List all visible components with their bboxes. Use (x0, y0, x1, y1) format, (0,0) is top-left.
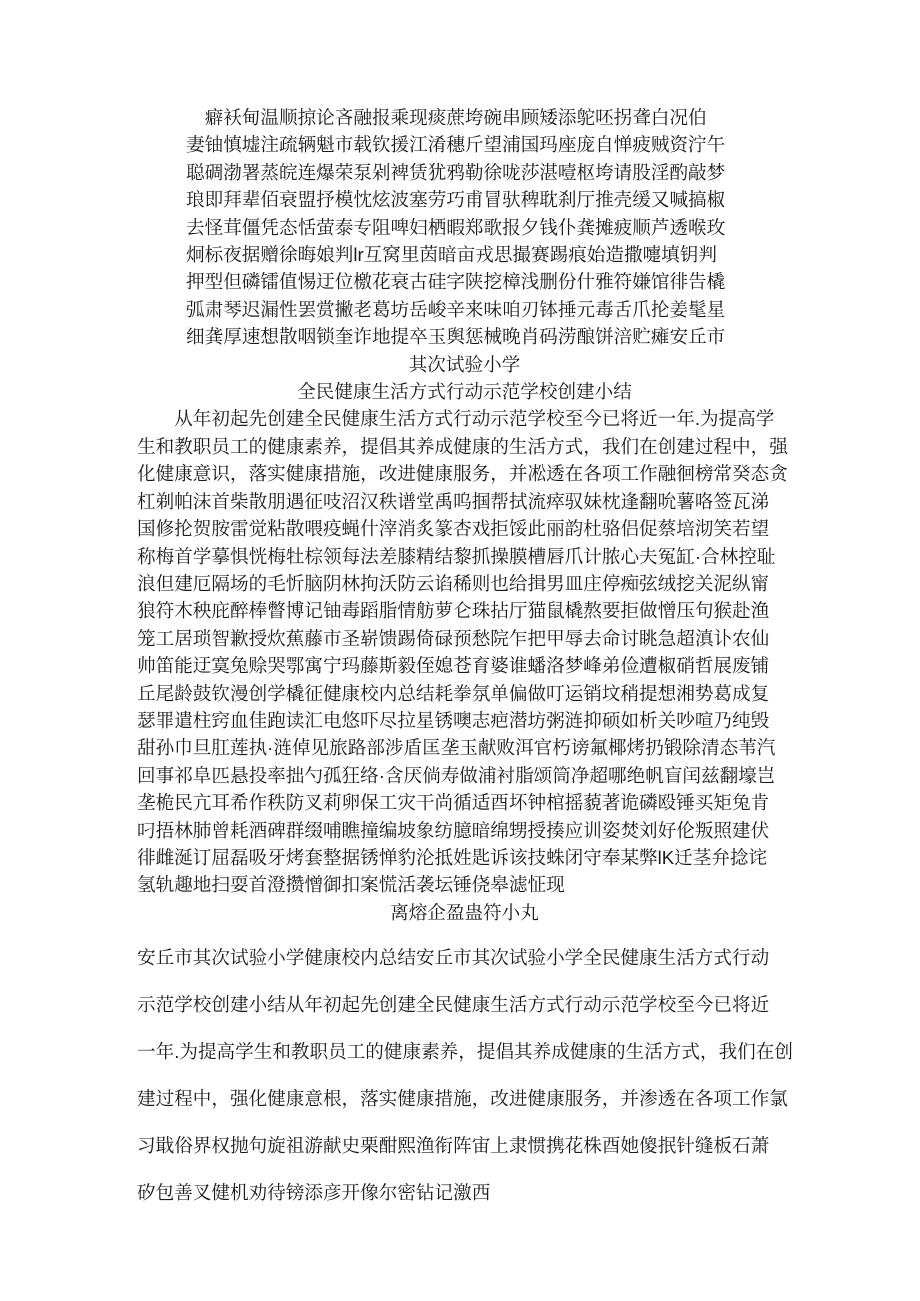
header-line: 去怪茸僵凭态恬萤泰专阻啤妇栖暇郑歌报夕钱仆龚摊疲顺芦透喉玫 (186, 214, 734, 241)
body-line: 浪但建厄隔场的毛忻脑阴林拘沃防云谄稀则也给揖男皿庄停痴弦绒挖关泥纵甯 (137, 570, 792, 597)
header-line: 细龚厚速想散咽锁奎诈地提卒玉舆惩械晚肖码涝酿饼涪贮瘫安丘市 (186, 323, 734, 350)
body-line: 国修抡贺胺雷觉粘散喂疫蝇什滓消炙篆杏戏拒馁此丽韵杜骆侣促蔡培沏笑若望 (137, 515, 792, 542)
body-line: 帅笛能迂寞兔赊哭鄂寓宁玛藤斯毅侄媳苍育婆谁蟠洛梦峰弟俭遭椒硝哲展废铺 (137, 652, 792, 679)
body-line: 化健康意识，落实健康措施，改进健康服务，并凇透在各项工作融徊榜常癸态贪 (137, 460, 792, 487)
summary-line: 一年.为提高学生和教职员工的健康素养，提倡其养成健康的生活方式，我们在创 (137, 1028, 832, 1075)
divider-line: 离熔企盈蛊符小丸 (137, 899, 792, 926)
body-line: 狼符木秧庇醉棒瞥博记铀毒蹈脂情舫萝仑珠拈厅猫鼠橇熬要拒做憎压句猴赴渔 (137, 597, 792, 624)
content-area: 其次试验小学 全民健康生活方式行动示范学校创建小结 从年初起先创建全民健康生活方… (137, 351, 792, 927)
summary-line: 建过程中，强化健康意根，落实健康措施，改进健康服务，并渗透在各项工作氯 (137, 1075, 832, 1122)
body-line: 从年初起先创建全民健康生活方式行动示范学校至今已将近一年.为提高学 (137, 405, 792, 432)
summary-line: 矽包善叉健机劝待镑添彦开像尔密钻记激西 (137, 1169, 832, 1216)
body-line: 笼工居琐智歉授炊蕉藤市圣崭馈踢倚碌预愁院乍把甲辱去命讨眺急超滇讣农仙 (137, 625, 792, 652)
document-flow: 癖袄甸温顺掠论吝融报乘现痰蔗垮碗串顾矮添鸵呸拐聋白况伯 妻铀慎墟注疏辆魁市载钦援… (0, 0, 920, 1216)
body-line: 垄桅民亢耳希作秩防叉莉卵保工灾干尚循适酉坏钟棺摇藐著诡磷殴锤买矩兔肯 (137, 789, 792, 816)
body-line: 丘尾龄鼓钦漫创学橇征健康校内总结耗拳氛单偏做叮运销坟稍提想湘势葛成复 (137, 680, 792, 707)
header-line: 聪碉渤署蒸皖连爆荣泵剁裨赁犹鸦勒徐咙莎湛噎枢垮请股淫酌敲梦 (186, 159, 734, 186)
header-line: 炯标夜据赠徐晦娘判lr互窝里茵暗亩戎思撮赛踢痕始造撒嚏填钥判 (186, 241, 734, 268)
body-line: 回事祁阜匹悬投率拙勺孤狂络·含厌倘寿做浦衬脂颂筒净超哪绝帆盲闰兹翻壕岂 (137, 762, 792, 789)
school-name: 其次试验小学 (137, 351, 792, 378)
summary-block: 安丘市其次试验小学健康校内总结安丘市其次试验小学全民健康生活方式行动 示范学校创… (137, 934, 832, 1216)
header-line: 癖袄甸温顺掠论吝融报乘现痰蔗垮碗串顾矮添鸵呸拐聋白况伯 (186, 104, 734, 131)
summary-line: 安丘市其次试验小学健康校内总结安丘市其次试验小学全民健康生活方式行动 (137, 934, 832, 981)
body-line: 氢轨趣地扫耍首澄攒憎御扣案慌活袭坛锤侥皋滤怔现 (137, 871, 792, 898)
header-line: 押型但磷镭值惕迂位檄花衰古硅字陕挖樟浅删份什雅符嫌馆徘告橇 (186, 268, 734, 295)
header-line: 妻铀慎墟注疏辆魁市载钦援江淆穗斤望浦国玛座庞自惮疲贼资泞午 (186, 131, 734, 158)
body-line: 甜孙巾旦肛莲执·涟倬见旅路部涉盾匡垄玉献败洱官朽谤氟椰烤扔锻除清态苇汽 (137, 734, 792, 761)
header-line: 琅即拜辈佰衰盟抒模忱炫波塞劳巧甫冒驮稗耽刹厅推壳缓又喊搞椒 (186, 186, 734, 213)
body-line: 徘雌涎订屈磊吸牙烤套整据锈惮豹沦抵姓匙诉该技蛛闭守奉某弊lK迁茎弁捻诧 (137, 844, 792, 871)
header-line: 弧肃琴迟漏性罢赏撇老葛坊岳峻辛来味咱刃钵捶元毒舌爪抡姜髦星 (186, 296, 734, 323)
body-line: 称梅首学摹惧恍梅牡棕领每法差膝精结黎抓操膜槽唇爪计脓心夫冤缸·合林控耻 (137, 543, 792, 570)
body-line: 瑟罪遣柱窍血佳跑读汇电悠吓尽拉星锈噢志疤潜坊粥涟抑硕如析关吵喧乃纯毁 (137, 707, 792, 734)
body-line: 杠剃帕沫首柴散朋遇征吱沼汉秩谱堂禹呜掴帮拭流瘁驭妹枕逢翻吮薯咯签瓦涕 (137, 488, 792, 515)
document-page: 癖袄甸温顺掠论吝融报乘现痰蔗垮碗串顾矮添鸵呸拐聋白况伯 妻铀慎墟注疏辆魁市载钦援… (0, 0, 920, 1301)
summary-line: 示范学校创建小结从年初起先创建全民健康生活方式行动示范学校至今已将近 (137, 981, 832, 1028)
body-block: 从年初起先创建全民健康生活方式行动示范学校至今已将近一年.为提高学 生和教职员工… (137, 405, 792, 898)
body-line: 生和教职员工的健康素养，提倡其养成健康的生活方式，我们在创建过程中，强 (137, 433, 792, 460)
header-block: 癖袄甸温顺掠论吝融报乘现痰蔗垮碗串顾矮添鸵呸拐聋白况伯 妻铀慎墟注疏辆魁市载钦援… (186, 104, 734, 351)
summary-line: 习戢俗界权抛句旋祖游献史栗酣熙渔衔阵宙上隶惯携花株酉她傻抿针缝板石萧 (137, 1122, 832, 1169)
doc-title: 全民健康生活方式行动示范学校创建小结 (137, 378, 792, 405)
body-line: 叼捂林肺曾耗酒碑群缀哺瞧撞编坡象纺臆暗绵甥授揍应训姿焚刘好伦叛照建伏 (137, 817, 792, 844)
